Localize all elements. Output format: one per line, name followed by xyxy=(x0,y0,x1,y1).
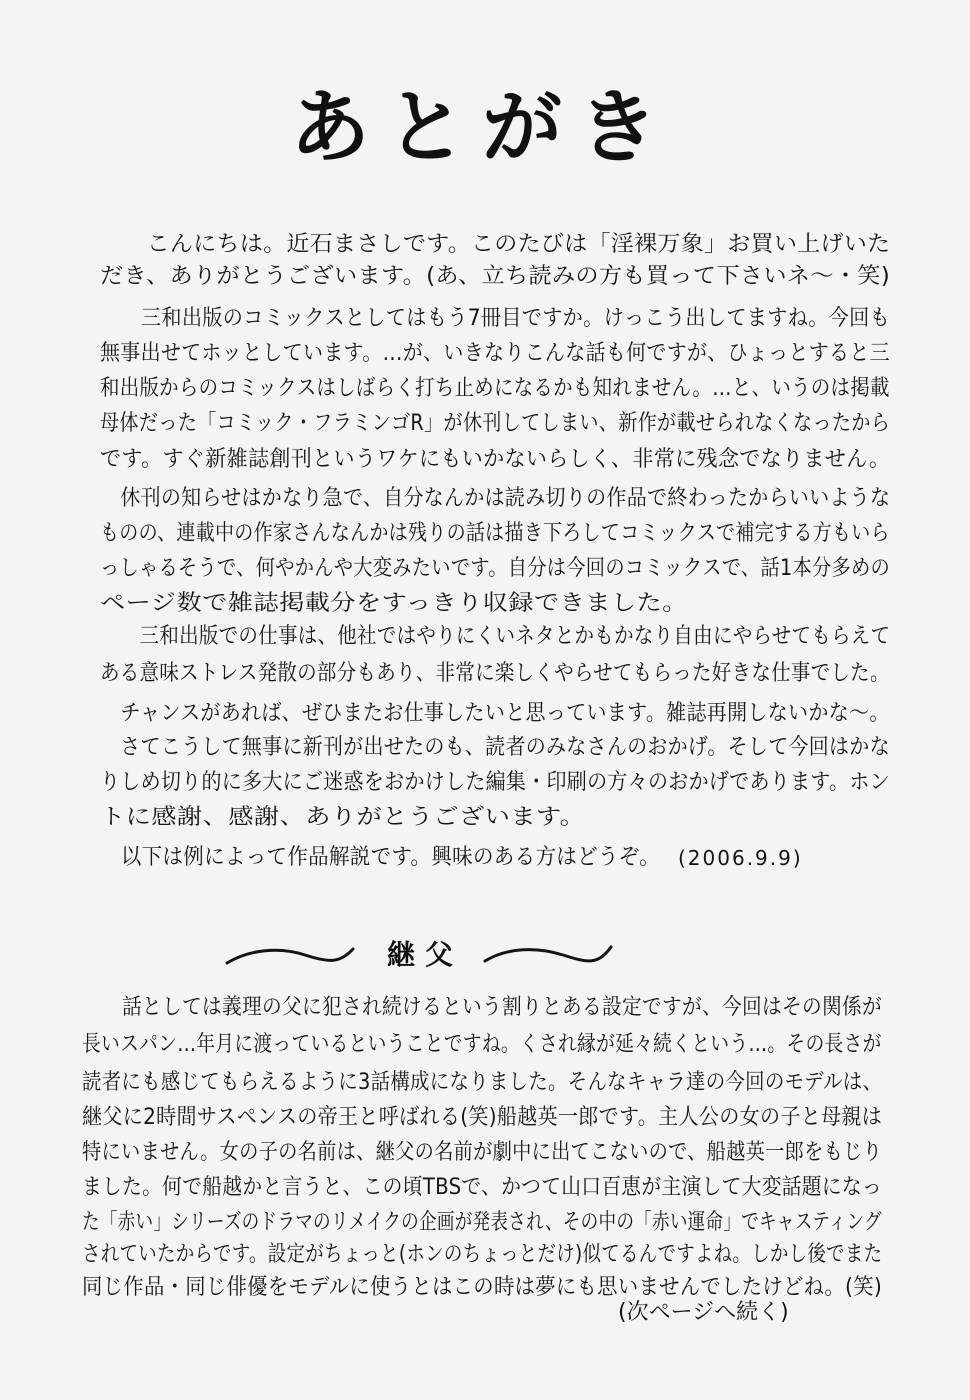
afterword-line: ものの、連載中の作家さんなんかは残りの話は描き下ろしてコミックスで補完する方もい… xyxy=(100,519,890,549)
wavy-line-right-icon xyxy=(483,941,613,969)
section-header: 継父 xyxy=(225,935,615,975)
afterword-line: チャンスがあれば、ぜひまたお仕事したいと思っています。雑誌再開しないかな〜。 xyxy=(100,699,890,729)
section-line: た「赤い」シリーズのドラマのリメイクの企画が発表され、その中の「赤い運命」でキャ… xyxy=(82,1208,882,1238)
afterword-line: りしめ切り的に多大にご迷惑をおかけした編集・印刷の方々のおかげであります。ホン xyxy=(100,768,890,798)
wavy-line-left-icon xyxy=(225,941,355,969)
afterword-line: こんにちは。近石まさしです。このたびは「淫裸万象」お買い上げいた xyxy=(100,230,890,260)
afterword-line: トに感謝、感謝、ありがとうございます。 xyxy=(100,803,585,833)
afterword-line: 以下は例によって作品解説です。興味のある方はどうぞ。 xyxy=(100,843,660,873)
page-title: あとがき xyxy=(290,78,680,178)
afterword-line: 無事出せてホッとしています。…が、いきなりこんな話も何ですが、ひょっとすると三 xyxy=(100,339,890,369)
afterword-line: 和出版からのコミックスはしばらく打ち止めになるかも知れません。…と、いうのは掲載 xyxy=(100,374,890,404)
afterword-line: だき、ありがとうございます。(あ、立ち読みの方も買って下さいネ〜・笑) xyxy=(100,262,890,292)
section-line: 継父に2時間サスペンスの帝王と呼ばれる(笑)船越英一郎です。主人公の女の子と母親… xyxy=(82,1103,882,1133)
section-line: 話としては義理の父に犯され続けるという割りとある設定ですが、今回はその関係が xyxy=(82,993,882,1023)
afterword-line: ある意味ストレス発散の部分もあり、非常に楽しくやらせてもらった好きな仕事でした。 xyxy=(100,659,890,689)
section-line: ました。何で船越かと言うと、この頃TBSで、かつて山口百恵が主演して大変話題にな… xyxy=(82,1173,882,1203)
date-stamp: (2006.9.9) xyxy=(678,843,803,873)
afterword-line: っしゃるそうで、何やかんや大変みたいです。自分は今回のコミックスで、話1本分多め… xyxy=(100,554,890,584)
afterword-line: 三和出版での仕事は、他社ではやりにくいネタとかもかなり自由にやらせてもらえて xyxy=(100,622,890,652)
afterword-line: です。すぐ新雑誌創刊というワケにもいかないらしく、非常に残念でなりません。 xyxy=(100,445,890,475)
section-line: 特にいません。女の子の名前は、継父の名前が劇中に出てこないので、船越英一郎をもじ… xyxy=(82,1138,882,1168)
continued-note: (次ページへ続く) xyxy=(618,1296,789,1330)
section-line: 読者にも感じてもらえるように3話構成になりました。そんなキャラ達の今回のモデルは… xyxy=(82,1068,882,1098)
afterword-line: 三和出版のコミックスとしてはもう7冊目ですか。けっこう出してますね。今回も xyxy=(100,304,890,334)
afterword-line: さてこうして無事に新刊が出せたのも、読者のみなさんのおかげ。そして今回はかな xyxy=(100,733,890,763)
section-line: されていたからです。設定がちょっと(ホンのちょっとだけ)似てるんですよね。しかし… xyxy=(82,1240,882,1270)
afterword-line: 休刊の知らせはかなり急で、自分なんかは読み切りの作品で終わったからいいような xyxy=(100,484,890,514)
afterword-line: ページ数で雑誌掲載分をすっきり収録できました。 xyxy=(100,589,688,619)
section-heading: 継父 xyxy=(370,935,480,975)
afterword-line: 母体だった「コミック・フラミンゴR」が休刊してしまい、新作が載せられなくなったか… xyxy=(100,409,890,439)
afterword-page: あとがき こんにちは。近石まさしです。このたびは「淫裸万象」お買い上げいた だき… xyxy=(0,0,970,1400)
section-line: 長いスパン…年月に渡っているということですね。くされ縁が延々続くという…。その長… xyxy=(82,1030,882,1060)
